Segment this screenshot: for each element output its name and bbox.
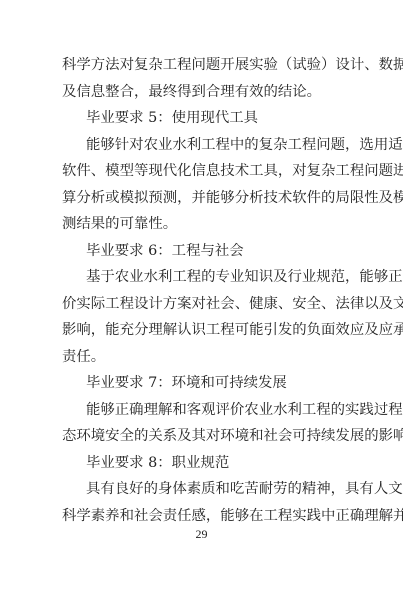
- section-heading-requirement-5: 毕业要求 5：使用现代工具: [62, 105, 366, 132]
- paragraph-line: 能够正确理解和客观评价农业水利工程的实践过程与生: [62, 397, 366, 424]
- paragraph-line: 及信息整合，最终得到合理有效的结论。: [62, 79, 366, 106]
- paragraph-line: 科学方法对复杂工程问题开展实验（试验）设计、数据分析: [62, 52, 366, 79]
- paragraph-line: 能够针对农业水利工程中的复杂工程问题，选用适合的: [62, 132, 366, 159]
- section-heading-requirement-6: 毕业要求 6：工程与社会: [62, 238, 366, 265]
- paragraph-line: 价实际工程设计方案对社会、健康、安全、法律以及文化的: [62, 291, 366, 318]
- paragraph-line: 影响，能充分理解认识工程可能引发的负面效应及应承担的: [62, 317, 366, 344]
- page-number: 29: [0, 527, 403, 542]
- section-heading-requirement-7: 毕业要求 7：环境和可持续发展: [62, 370, 366, 397]
- paragraph-line: 测结果的可靠性。: [62, 211, 366, 238]
- paragraph-line: 算分析或模拟预测，并能够分析技术软件的局限性及模拟预: [62, 185, 366, 212]
- paragraph-line: 基于农业水利工程的专业知识及行业规范，能够正确评: [62, 264, 366, 291]
- document-page: 科学方法对复杂工程问题开展实验（试验）设计、数据分析 及信息整合，最终得到合理有…: [62, 52, 366, 529]
- paragraph-line: 责任。: [62, 344, 366, 371]
- paragraph-line: 具有良好的身体素质和吃苦耐劳的精神，具有人文社会: [62, 476, 366, 503]
- paragraph-line: 态环境安全的关系及其对环境和社会可持续发展的影响。: [62, 423, 366, 450]
- paragraph-line: 软件、模型等现代化信息技术工具，对复杂工程问题进行计: [62, 158, 366, 185]
- paragraph-line: 科学素养和社会责任感，能够在工程实践中正确理解并严格: [62, 503, 366, 530]
- section-heading-requirement-8: 毕业要求 8：职业规范: [62, 450, 366, 477]
